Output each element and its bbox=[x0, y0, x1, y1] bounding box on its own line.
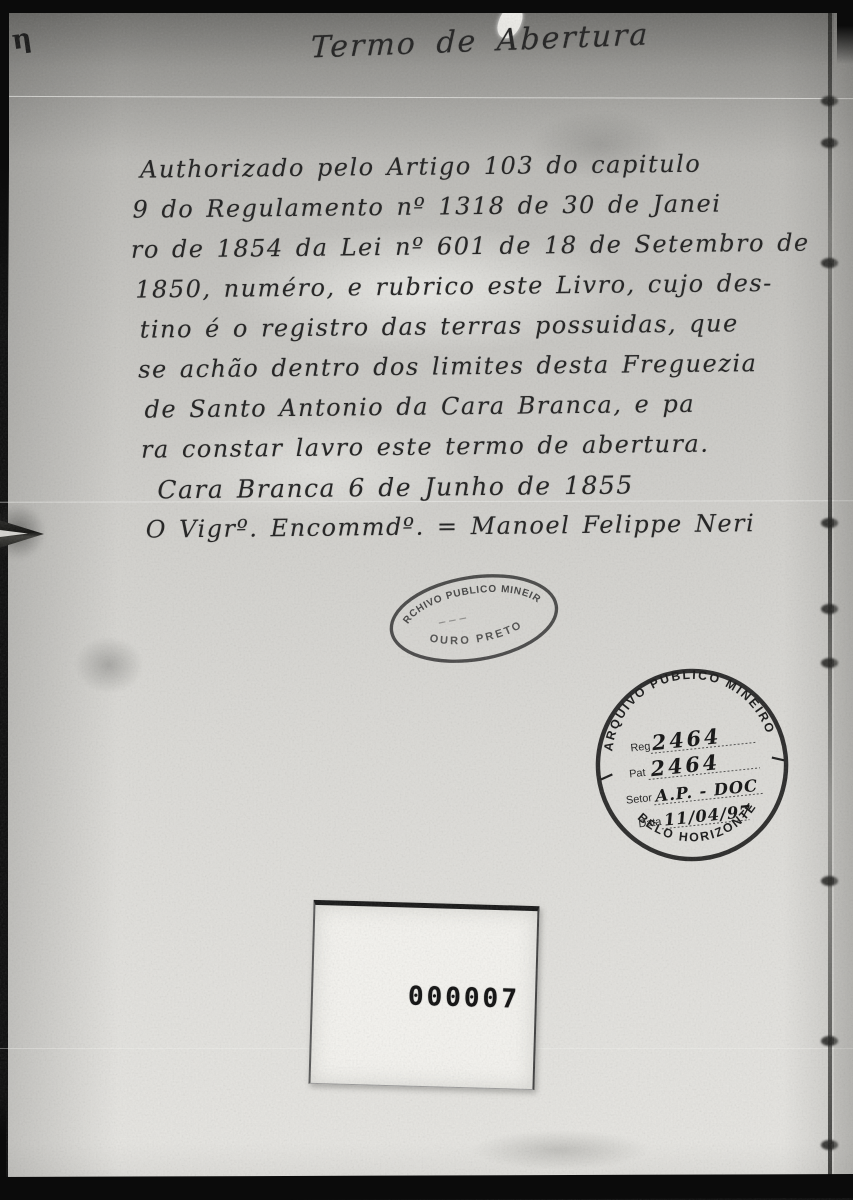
scan-border-bottom bbox=[0, 1174, 853, 1200]
stamp-field-pat-label: Pat bbox=[629, 767, 646, 781]
page-edge-strip bbox=[834, 0, 853, 1178]
round-stamp-left-tick bbox=[601, 774, 613, 779]
scan-border-left-bottom bbox=[0, 1095, 6, 1185]
round-archive-stamp: ARQUIVO PUBLICO MINEIRO BELO HORIZONTE R… bbox=[583, 656, 801, 874]
stamp-field-data-label: Data bbox=[638, 816, 663, 830]
svg-text:OURO PRETO: OURO PRETO bbox=[427, 618, 527, 653]
round-stamp-right-tick bbox=[772, 756, 784, 761]
scan-border-right-top bbox=[837, 0, 853, 64]
handwritten-signature-line: O Vigrº. Encommdº. = Manoel Felippe Neri bbox=[146, 508, 840, 555]
number-sticker: 000007 bbox=[308, 900, 539, 1090]
binding-crease bbox=[828, 0, 832, 1178]
oval-stamp-bottom-text: OURO PRETO bbox=[427, 618, 527, 653]
corner-mark: η bbox=[10, 23, 34, 56]
sticker-number: 000007 bbox=[408, 982, 521, 1015]
oval-stamp-center-dash bbox=[439, 617, 469, 623]
stamp-field-setor-label: Setor bbox=[625, 792, 652, 807]
stamp-field-reg-label: Reg bbox=[630, 740, 651, 754]
scanned-document-page: η Termo de Abertura Authorizado pelo Art… bbox=[0, 0, 853, 1200]
scan-border-left bbox=[0, 0, 9, 330]
page-marker-clip bbox=[0, 500, 60, 570]
handwritten-text-block: Authorizado pelo Artigo 103 do capitulo … bbox=[130, 148, 840, 555]
scan-border-top bbox=[0, 0, 853, 13]
